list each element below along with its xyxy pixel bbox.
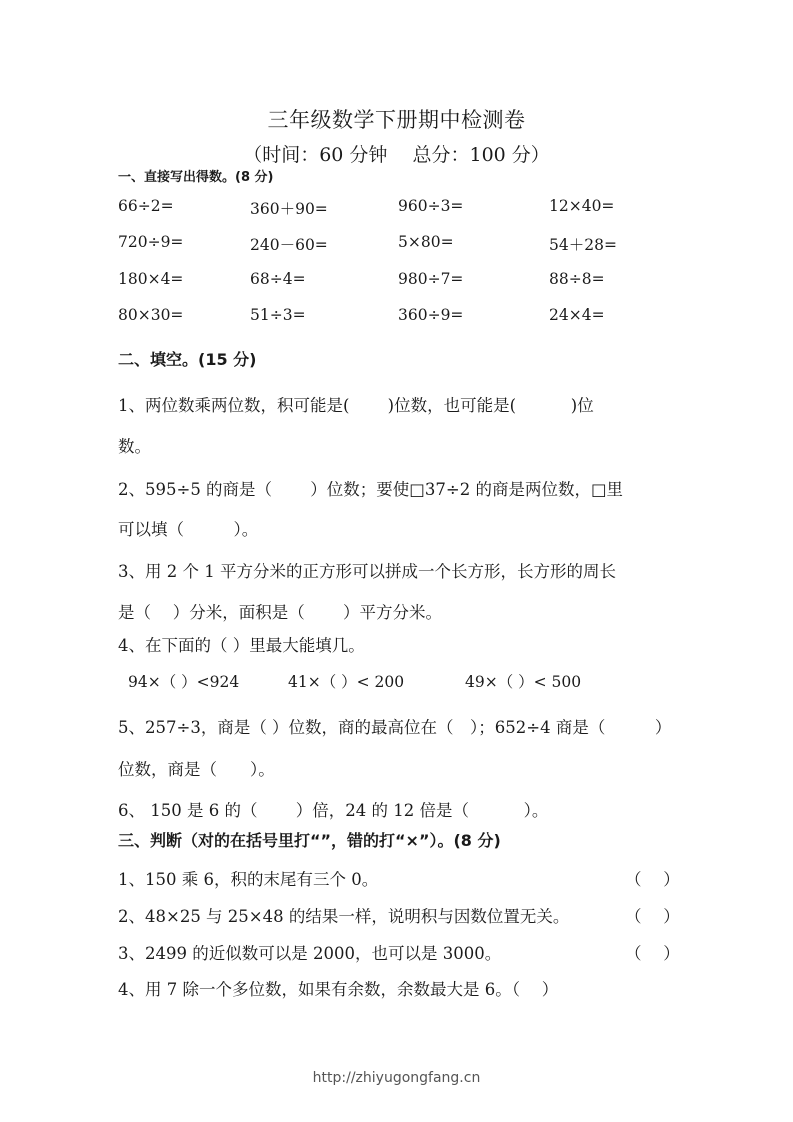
- page-title: 三年级数学下册期中检测卷: [0, 104, 793, 134]
- fill-question-2-cont: 可以填（ ）。: [118, 516, 258, 540]
- calc-item: 720÷9=: [118, 233, 183, 251]
- calc-item: 12×40=: [549, 197, 614, 215]
- judge-item-2: 2、48×25 与 25×48 的结果一样，说明积与因数位置无关。: [118, 903, 569, 927]
- fill-question-6: 6、 150 是 6 的（ ）倍，24 的 12 倍是（ ）。: [118, 797, 548, 821]
- judge-answer-3[interactable]: （ ）: [625, 940, 680, 964]
- calc-item: 960÷3=: [398, 197, 463, 215]
- fill-question-1: 1、两位数乘两位数，积可能是( )位数，也可能是( )位: [118, 392, 594, 416]
- fill-question-5: 5、257÷3，商是（ ）位数，商的最高位在（ ）；652÷4 商是（ ）: [118, 714, 671, 738]
- judge-answer-2[interactable]: （ ）: [625, 903, 680, 927]
- calc-item: 980÷7=: [398, 270, 463, 288]
- section2-heading: 二、填空。(15 分): [118, 347, 256, 370]
- inequality-item: 49×（ ）< 500: [465, 670, 581, 692]
- calc-item: 360÷9=: [398, 306, 463, 324]
- calc-item: 240－60=: [250, 233, 328, 255]
- footer-url[interactable]: http://zhiyugongfang.cn: [0, 1070, 793, 1086]
- fill-question-5-cont: 位数，商是（ ）。: [118, 756, 275, 780]
- calc-item: 180×4=: [118, 270, 183, 288]
- calc-item: 54＋28=: [549, 233, 617, 255]
- calc-item: 51÷3=: [250, 306, 306, 324]
- calc-item: 66÷2=: [118, 197, 174, 215]
- section1-heading: 一、直接写出得数。(8 分): [118, 166, 273, 185]
- calc-item: 24×4=: [549, 306, 605, 324]
- fill-question-3-cont: 是（ ）分米，面积是（ ）平方分米。: [118, 599, 442, 623]
- judge-answer-1[interactable]: （ ）: [625, 866, 680, 890]
- exam-info: （时间：60 分钟 总分：100 分）: [0, 140, 793, 167]
- calc-item: 68÷4=: [250, 270, 306, 288]
- fill-question-4: 4、在下面的（ ）里最大能填几。: [118, 632, 365, 656]
- calc-item: 80×30=: [118, 306, 183, 324]
- inequality-item: 41×（ ）< 200: [288, 670, 404, 692]
- judge-item-1: 1、150 乘 6，积的末尾有三个 0。: [118, 866, 378, 890]
- judge-item-4: 4、用 7 除一个多位数，如果有余数，余数最大是 6。（ ）: [118, 976, 558, 1000]
- section3-heading: 三、判断（对的在括号里打“”，错的打“×”）。(8 分): [118, 828, 501, 851]
- fill-question-3: 3、用 2 个 1 平方分米的正方形可以拼成一个长方形，长方形的周长: [118, 558, 616, 582]
- inequality-item: 94×（ ）<924: [128, 670, 239, 692]
- fill-question-1-cont: 数。: [118, 433, 151, 457]
- calc-item: 360＋90=: [250, 197, 328, 219]
- judge-item-3: 3、2499 的近似数可以是 2000，也可以是 3000。: [118, 940, 501, 964]
- fill-question-2: 2、595÷5 的商是（ ）位数；要使□37÷2 的商是两位数，□里: [118, 476, 623, 500]
- calc-item: 88÷8=: [549, 270, 605, 288]
- calc-item: 5×80=: [398, 233, 454, 251]
